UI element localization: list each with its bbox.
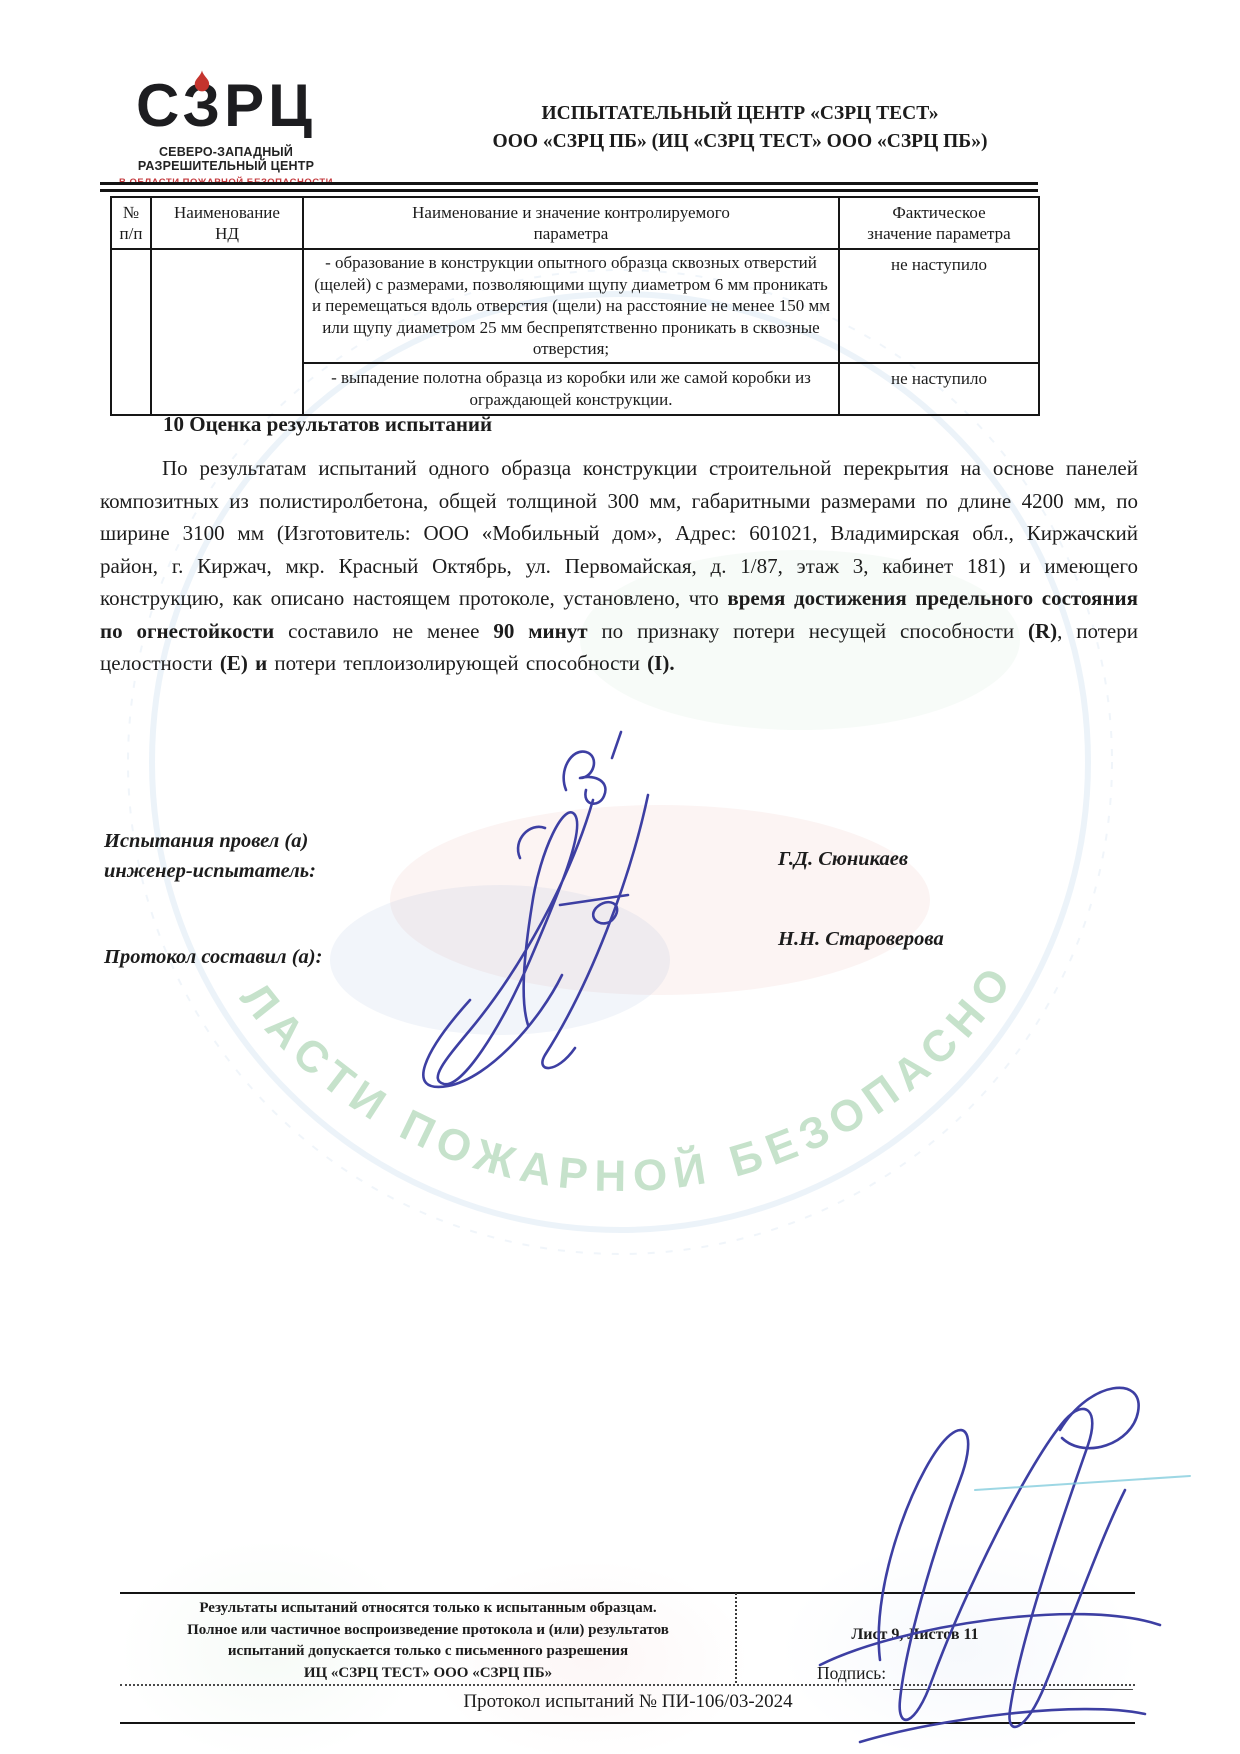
footer-bottom-border [120,1722,1135,1724]
flame-icon [194,70,210,92]
tester-role-line-2: инженер-испытатель: [104,856,316,886]
title-line-2: ООО «СЗРЦ ПБ» (ИЦ «СЗРЦ ТЕСТ» ООО «СЗРЦ … [426,128,1054,156]
watermark-blue-blob [330,885,670,1035]
paragraph-text: по признаку потери несущей способности [588,619,1028,643]
parameters-table: № п/п Наименование НД Наименование и зна… [110,196,1040,416]
logo-acronym: СЗРЦ [100,76,352,136]
signature-field-line [893,1689,1133,1690]
title-line-1: ИСПЫТАТЕЛЬНЫЙ ЦЕНТР «СЗРЦ ТЕСТ» [426,100,1054,128]
footer-dotted-divider [120,1684,1135,1686]
col-header-nd: Наименование НД [151,197,303,249]
disclaimer-line: ИЦ «СЗРЦ ТЕСТ» ООО «СЗРЦ ПБ» [122,1663,734,1685]
section-heading: 10 Оценка результатов испытаний [163,412,492,437]
tester-role-line-1: Испытания провел (а) [104,826,316,856]
footer-top-border [120,1592,1135,1594]
disclaimer-line: испытаний допускается только с письменно… [122,1641,734,1663]
col-header-parameter: Наименование и значение контролируемого … [303,197,839,249]
test-center-title: ИСПЫТАТЕЛЬНЫЙ ЦЕНТР «СЗРЦ ТЕСТ» ООО «СЗР… [426,100,1054,156]
logo-acronym-text: СЗРЦ [136,72,316,139]
paragraph-bold: (Е) [220,651,248,675]
paragraph-bold: (R) [1028,619,1057,643]
composer-role-label: Протокол составил (а): [104,942,322,972]
paragraph-text: составило не менее [274,619,493,643]
cell-nd-empty [151,249,303,415]
document-page: В ОБЛАСТИ ПОЖАРНОЙ БЕЗОПАСНОСТИ СЗРЦ СЕВ… [0,0,1240,1754]
sheet-number: Лист 9, Листов 11 [760,1626,1070,1644]
header-divider [100,182,1038,192]
paragraph-bold: 90 минут [493,619,587,643]
disclaimer-line: Результаты испытаний относятся только к … [122,1598,734,1620]
signature-field-label: Подпись: [817,1663,886,1684]
cell-num-empty [111,249,151,415]
org-logo: СЗРЦ СЕВЕРО-ЗАПАДНЫЙ РАЗРЕШИТЕЛЬНЫЙ ЦЕНТ… [100,76,352,188]
paragraph-text [248,651,255,675]
logo-subtitle: СЕВЕРО-ЗАПАДНЫЙ РАЗРЕШИТЕЛЬНЫЙ ЦЕНТР [100,145,352,173]
col-header-actual: Фактическое значение параметра [839,197,1039,249]
table-header-row: № п/п Наименование НД Наименование и зна… [111,197,1039,249]
col-header-num: № п/п [111,197,151,249]
paragraph-bold: и [255,651,267,675]
footer-disclaimer: Результаты испытаний относятся только к … [122,1598,734,1684]
composer-name: Н.Н. Староверова [778,928,944,951]
footer-vertical-divider [735,1593,737,1683]
tester-name: Г.Д. Сюникаев [778,848,908,871]
table-row: - образование в конструкции опытного обр… [111,249,1039,363]
protocol-number: Протокол испытаний № ПИ-106/03-2024 [322,1691,934,1713]
results-paragraph: По результатам испытаний одного образца … [100,452,1138,680]
cell-actual-value: не наступило [839,363,1039,415]
cell-actual-value: не наступило [839,249,1039,363]
flame-shape [195,70,209,91]
paragraph-bold: (I). [647,651,674,675]
tester-role-label: Испытания провел (а) инженер-испытатель: [104,826,316,886]
cell-parameter: - выпадение полотна образца из коробки и… [303,363,839,415]
paragraph-text: потери теплоизолирующей способности [267,651,647,675]
cell-parameter: - образование в конструкции опытного обр… [303,249,839,363]
disclaimer-line: Полное или частичное воспроизведение про… [122,1620,734,1642]
